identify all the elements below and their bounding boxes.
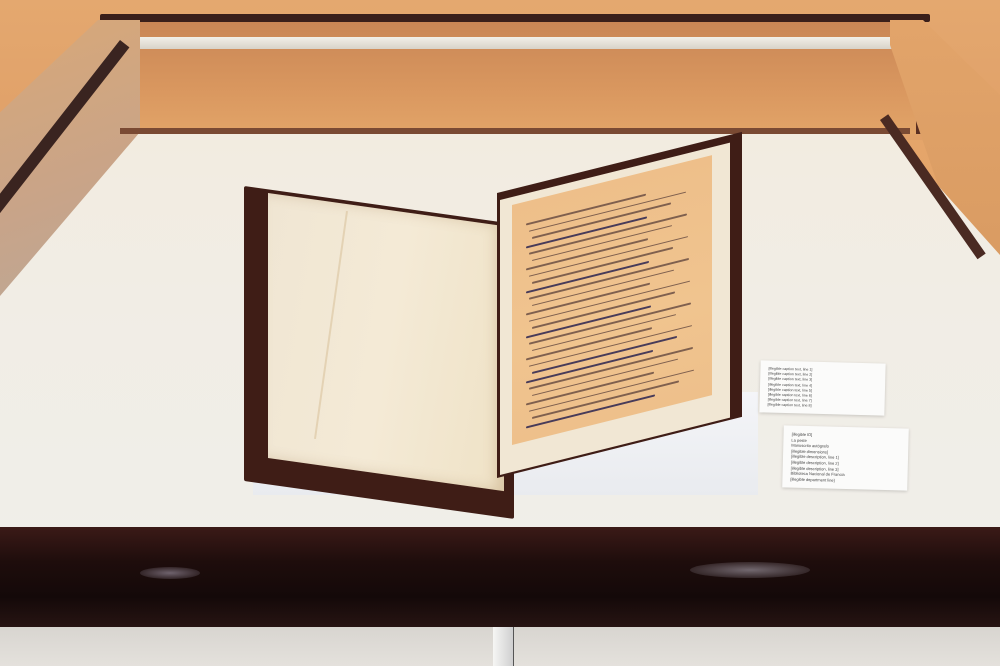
- handwriting-line: [532, 202, 671, 238]
- manuscript-page: [512, 155, 712, 445]
- display-case-base: [0, 627, 1000, 666]
- handwriting-line: [532, 269, 674, 306]
- rail-glare: [140, 567, 200, 579]
- handwriting-line: [532, 358, 678, 396]
- caption-card-intro: [illegible caption text, line 1] [illegi…: [759, 360, 885, 415]
- book-left-page-blank: [268, 193, 504, 491]
- handwriting-line: [532, 247, 673, 284]
- handwriting-line: [532, 314, 676, 351]
- caption-card-object: [illegible ID] La peste Manuscrito autóg…: [782, 425, 909, 490]
- rail-glare: [690, 562, 810, 578]
- display-case-leg: [493, 627, 514, 666]
- display-case-top-frame: [100, 14, 930, 22]
- handwriting-line: [532, 225, 672, 261]
- museum-display-scene: [illegible caption text, line 1] [illegi…: [0, 0, 1000, 666]
- display-case-back-rail: [120, 128, 910, 134]
- display-case-front-rail: [0, 527, 1000, 627]
- display-case-light-bar: [132, 37, 907, 49]
